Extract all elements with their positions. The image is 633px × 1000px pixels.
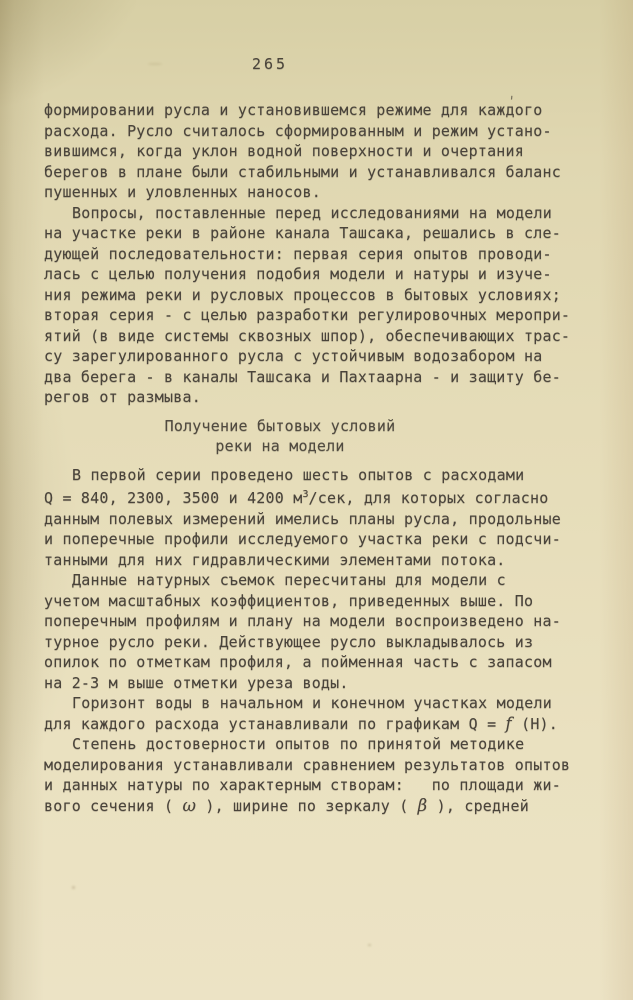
text-line: В первой серии проведено шесть опытов с … [44, 465, 592, 486]
text-line: пушенных и уловленных наносов. [44, 182, 592, 203]
text-line: вого сечения ( ω ), ширине по зеркалу ( … [44, 796, 592, 817]
text-segment: (Н). [512, 715, 558, 733]
paper-stain [368, 944, 371, 946]
paragraph: В первой серии проведено шесть опытов с … [44, 465, 592, 571]
paragraph: Степень достоверности опытов по принятой… [44, 734, 592, 816]
text-line: данным полевых измерений имелись планы р… [44, 509, 592, 530]
text-line: поперечным профилям и плану на модели во… [44, 611, 592, 632]
text-line: турное русло реки. Действующее русло вык… [44, 632, 592, 653]
text-line: и данных натуры по характерным створам: … [44, 775, 592, 796]
text-segment: ), ширине по зеркалу ( [196, 797, 418, 815]
text-segment: /сек, для которых согласно [309, 489, 549, 507]
text-line: танными для них гидравлическими элемента… [44, 550, 592, 571]
ink-speck: ' [506, 94, 516, 111]
text-line: Данные натурных съемок пересчитаны для м… [44, 570, 592, 591]
text-line: учетом масштабных коэффициентов, приведе… [44, 591, 592, 612]
page-number: 265 [0, 54, 540, 74]
text-line: и поперечные профили исследуемого участк… [44, 529, 592, 550]
paragraph: формировании русла и установившемся режи… [44, 100, 592, 203]
text-line: Вопросы, поставленные перед исследования… [44, 203, 592, 224]
text-line: опилок по отметкам профиля, а пойменная … [44, 652, 592, 673]
text-line: регов от размыва. [44, 387, 592, 408]
text-segment: ), средней [427, 797, 529, 815]
text-line: для каждого расхода устанавливали по гра… [44, 714, 592, 735]
text-segment: Q = 840, 2300, 3500 и 4200 м [44, 489, 302, 507]
text-line: вторая серия - с целью разработки регули… [44, 305, 592, 326]
text-line: ния режима реки и русловых процессов в б… [44, 285, 592, 306]
section-heading: Получение бытовых условийреки на модели [6, 416, 554, 457]
text-line: вившимся, когда уклон водной поверхности… [44, 141, 592, 162]
text-line: лась с целью получения подобия модели и … [44, 264, 592, 285]
paragraph: Вопросы, поставленные перед исследования… [44, 203, 592, 408]
text-line: два берега - в каналы Ташсака и Пахтаарн… [44, 367, 592, 388]
text-line: расхода. Русло считалось сформированным … [44, 121, 592, 142]
heading-line: реки на модели [6, 436, 554, 457]
heading-line: Получение бытовых условий [6, 416, 554, 437]
text-line: на участке реки в районе канала Ташсака,… [44, 223, 592, 244]
text-block: формировании русла и установившемся режи… [44, 100, 592, 816]
text-line: Степень достоверности опытов по принятой… [44, 734, 592, 755]
text-line: берегов в плане были стабильными и устан… [44, 162, 592, 183]
paragraph: Горизонт воды в начальном и конечном уча… [44, 693, 592, 734]
scanned-document-page: 265 ' формировании русла и установившемс… [0, 0, 633, 1000]
text-segment: вого сечения ( [44, 797, 182, 815]
paper-stain [148, 63, 162, 65]
text-line: Горизонт воды в начальном и конечном уча… [44, 693, 592, 714]
text-line: Q = 840, 2300, 3500 и 4200 м3/сек, для к… [44, 485, 592, 509]
text-segment: для каждого расхода устанавливали по гра… [44, 715, 506, 733]
text-line: су зарегулированного русла с устойчивым … [44, 346, 592, 367]
beta-symbol: β [418, 796, 428, 815]
text-line: дующей последовательности: первая серия … [44, 244, 592, 265]
paper-stain [72, 886, 75, 889]
text-line: на 2-3 м выше отметки уреза воды. [44, 673, 592, 694]
text-line: моделирования устанавливали сравнением р… [44, 755, 592, 776]
text-line: ятий (в виде системы сквозных шпор), обе… [44, 326, 592, 347]
paragraph: Данные натурных съемок пересчитаны для м… [44, 570, 592, 693]
omega-symbol: ω [182, 796, 196, 815]
